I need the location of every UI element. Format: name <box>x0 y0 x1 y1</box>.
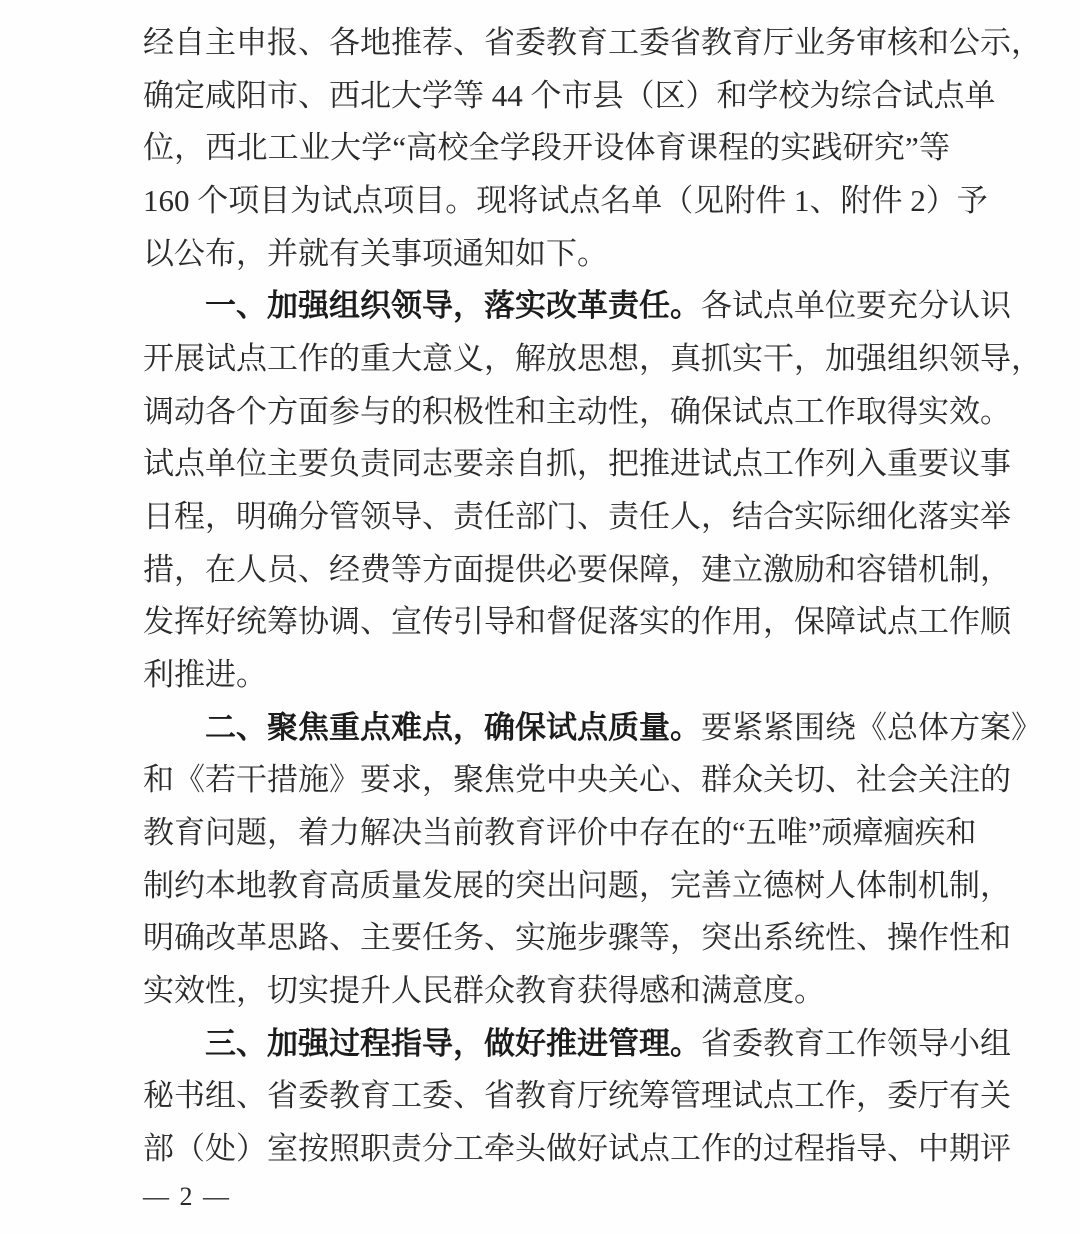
line-text: 制约本地教育高质量发展的突出问题，完善立德树人体制机制， <box>143 868 1011 903</box>
text-line: 明确改革思路、主要任务、实施步骤等，突出系统性、操作性和 <box>143 912 950 965</box>
section-heading: 一、加强组织领导，落实改革责任。 <box>205 288 701 323</box>
line-text: 发挥好统筹协调、宣传引导和督促落实的作用，保障试点工作顺 <box>143 604 1011 639</box>
line-text: 教育问题，着力解决当前教育评价中存在的“五唯”顽瘴痼疾和 <box>143 815 977 850</box>
line-text: 调动各个方面参与的积极性和主动性，确保试点工作取得实效。 <box>143 394 1011 429</box>
text-line: 160 个项目为试点项目。现将试点名单（见附件 1、附件 2）予 <box>143 175 950 228</box>
line-text: 日程，明确分管领导、责任部门、责任人，结合实际细化落实举 <box>143 499 1011 534</box>
text-line: 教育问题，着力解决当前教育评价中存在的“五唯”顽瘴痼疾和 <box>143 807 950 860</box>
line-text: 措，在人员、经费等方面提供必要保障，建立激励和容错机制， <box>143 552 1011 587</box>
line-text: 经自主申报、各地推荐、省委教育工委省教育厅业务审核和公示， <box>143 25 1042 60</box>
line-text: 明确改革思路、主要任务、实施步骤等，突出系统性、操作性和 <box>143 920 1011 955</box>
text-line: 发挥好统筹协调、宣传引导和督促落实的作用，保障试点工作顺 <box>143 596 950 649</box>
section-heading-line: 二、聚焦重点难点，确保试点质量。要紧紧围绕《总体方案》 <box>143 702 950 755</box>
text-line: 调动各个方面参与的积极性和主动性，确保试点工作取得实效。 <box>143 386 950 439</box>
text-line: 部（处）室按照职责分工牵头做好试点工作的过程指导、中期评 <box>143 1123 950 1176</box>
text-line: 试点单位主要负责同志要亲自抓，把推进试点工作列入重要议事 <box>143 438 950 491</box>
section-heading: 二、聚焦重点难点，确保试点质量。 <box>205 710 701 745</box>
section-heading-line: 三、加强过程指导，做好推进管理。省委教育工作领导小组 <box>143 1018 950 1071</box>
line-text: 要紧紧围绕《总体方案》 <box>701 710 1042 745</box>
page-number: — 2 — <box>143 1180 231 1214</box>
section-heading-line: 一、加强组织领导，落实改革责任。各试点单位要充分认识 <box>143 280 950 333</box>
document-text-block: 经自主申报、各地推荐、省委教育工委省教育厅业务审核和公示，确定咸阳市、西北大学等… <box>143 17 950 1176</box>
text-line: 实效性，切实提升人民群众教育获得感和满意度。 <box>143 965 950 1018</box>
line-text: 以公布，并就有关事项通知如下。 <box>143 236 608 271</box>
line-text: 和《若干措施》要求，聚焦党中央关心、群众关切、社会关注的 <box>143 762 1011 797</box>
text-line: 秘书组、省委教育工委、省教育厅统筹管理试点工作，委厅有关 <box>143 1070 950 1123</box>
line-text: 开展试点工作的重大意义，解放思想，真抓实干，加强组织领导， <box>143 341 1042 376</box>
document-page: 经自主申报、各地推荐、省委教育工委省教育厅业务审核和公示，确定咸阳市、西北大学等… <box>0 0 1080 1234</box>
line-text: 试点单位主要负责同志要亲自抓，把推进试点工作列入重要议事 <box>143 446 1011 481</box>
text-line: 日程，明确分管领导、责任部门、责任人，结合实际细化落实举 <box>143 491 950 544</box>
text-line: 利推进。 <box>143 649 950 702</box>
text-line: 位，西北工业大学“高校全学段开设体育课程的实践研究”等 <box>143 122 950 175</box>
line-text: 实效性，切实提升人民群众教育获得感和满意度。 <box>143 973 825 1008</box>
text-line: 和《若干措施》要求，聚焦党中央关心、群众关切、社会关注的 <box>143 754 950 807</box>
text-line: 经自主申报、各地推荐、省委教育工委省教育厅业务审核和公示， <box>143 17 950 70</box>
text-line: 开展试点工作的重大意义，解放思想，真抓实干，加强组织领导， <box>143 333 950 386</box>
text-line: 制约本地教育高质量发展的突出问题，完善立德树人体制机制， <box>143 860 950 913</box>
line-text: 部（处）室按照职责分工牵头做好试点工作的过程指导、中期评 <box>143 1131 1011 1166</box>
line-text: 位，西北工业大学“高校全学段开设体育课程的实践研究”等 <box>143 130 950 165</box>
line-text: 秘书组、省委教育工委、省教育厅统筹管理试点工作，委厅有关 <box>143 1078 1011 1113</box>
line-text: 省委教育工作领导小组 <box>701 1026 1011 1061</box>
line-text: 160 个项目为试点项目。现将试点名单（见附件 1、附件 2）予 <box>143 183 988 218</box>
text-line: 以公布，并就有关事项通知如下。 <box>143 228 950 281</box>
line-text: 确定咸阳市、西北大学等 44 个市县（区）和学校为综合试点单 <box>143 78 996 113</box>
text-line: 措，在人员、经费等方面提供必要保障，建立激励和容错机制， <box>143 544 950 597</box>
line-text: 各试点单位要充分认识 <box>701 288 1011 323</box>
text-line: 确定咸阳市、西北大学等 44 个市县（区）和学校为综合试点单 <box>143 70 950 123</box>
section-heading: 三、加强过程指导，做好推进管理。 <box>205 1026 701 1061</box>
line-text: 利推进。 <box>143 657 267 692</box>
